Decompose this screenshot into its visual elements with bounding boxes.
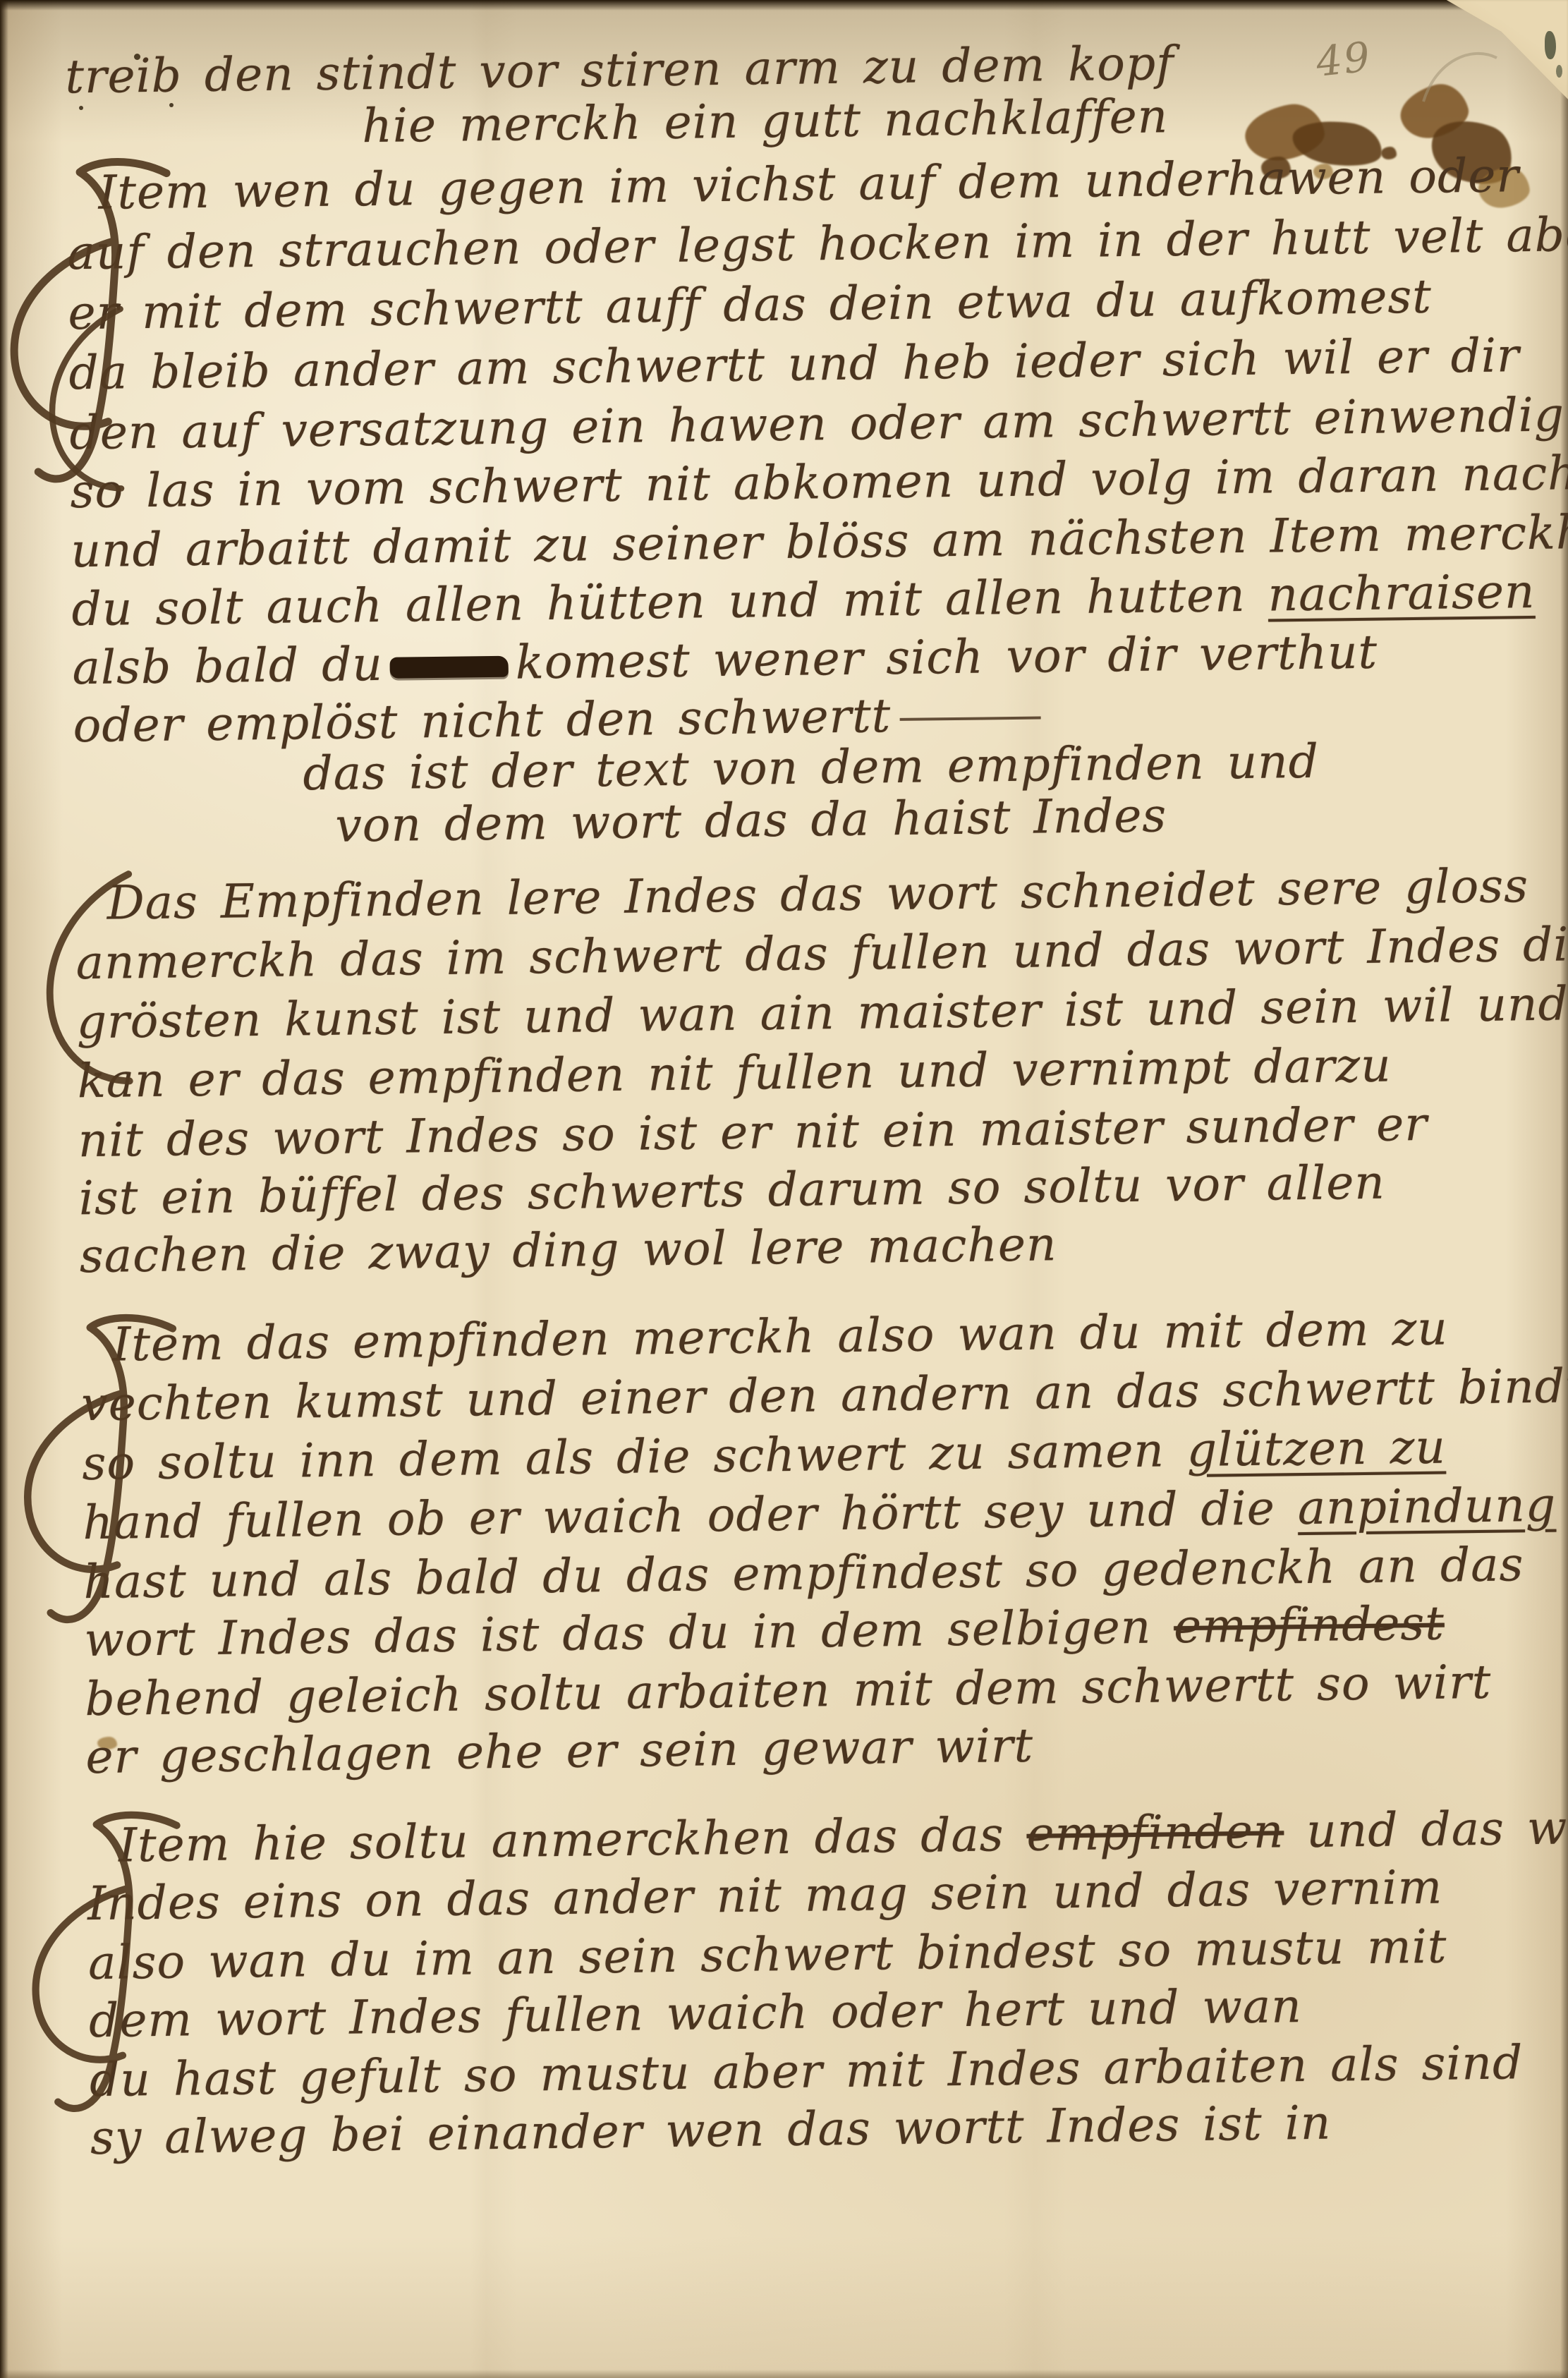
text-segment: das ist der text von dem empfinden und [303,734,1319,801]
text-segment: empfinden [1026,1804,1284,1861]
text-segment: wort Indes das ist das du in dem selbige… [84,1599,1174,1667]
text-segment: komest wener sich vor dir verthut [515,625,1378,690]
manuscript-line: sachen die zway ding wol lere machen [79,1217,1057,1284]
text-segment: Item wen du gegen im vichst auf dem unde… [98,148,1519,220]
text-segment: du solt auch allen hütten und mit allen … [71,568,1268,637]
manuscript-line: alsb bald dukomest wener sich vor dir ve… [72,625,1378,696]
manuscript-line: er geschlagen ehe er sein gewar wirt [85,1718,1033,1785]
manuscript-line: Item das empfinden merckh also wan du mi… [112,1302,1448,1373]
text-segment: so soltu inn dem als die schwert zu same… [82,1423,1187,1491]
text-segment: anpindung [1297,1478,1556,1535]
manuscript-line: hie merckh ein gutt nachklaffen [362,89,1169,154]
manuscript-line: kan er das empfinden nit fullen und vern… [77,1038,1392,1109]
text-segment: Item das empfinden merckh also wan du mi… [112,1302,1448,1372]
initial-flourish-swash-c [29,866,138,1089]
manuscript-page: 49 treib den stindt vor stiren arm zu de… [0,0,1568,2378]
text-segment: behend geleich soltu arbaiten mit dem sc… [85,1655,1492,1726]
text-segment: Item hie soltu anmerckhen das das [118,1807,1027,1873]
pen-stroke [899,716,1040,720]
text-segment: er mit dem schwertt auff das dein etwa d… [68,269,1432,341]
text-segment: dem wort Indes fullen waich oder hert un… [89,1979,1303,2048]
text-segment: und das wort [1284,1800,1568,1858]
text-segment: hie merckh ein gutt nachklaffen [362,89,1169,153]
initial-flourish-swash-j [20,1809,193,2164]
text-segment: hand fullen ob er waich oder hörtt sey u… [83,1481,1298,1550]
text-segment: glützen zu [1186,1420,1446,1477]
manuscript-line: dem wort Indes fullen waich oder hert un… [89,1979,1303,2049]
manuscript-line: sy alweg bei einander wen das wortt Inde… [90,2096,1332,2166]
text-segment: alsb bald du [72,637,383,695]
ink-blot-strikeout [390,656,509,679]
manuscript-line: so soltu inn dem als die schwert zu same… [82,1420,1446,1492]
text-segment: empfindest [1174,1596,1445,1654]
manuscript-line: von dem wort das da haist Indes [335,788,1167,853]
text-segment: von dem wort das da haist Indes [335,788,1167,852]
manuscript-line: das ist der text von dem empfinden und [303,734,1319,802]
text-segment: sachen die zway ding wol lere machen [79,1217,1057,1283]
manuscript-line: da bleib ander am schwertt und heb ieder… [68,328,1520,401]
text-segment: er geschlagen ehe er sein gewar wirt [85,1718,1033,1784]
manuscript-line: behend geleich soltu arbaiten mit dem sc… [85,1655,1492,1727]
text-segment: nachraisen [1268,564,1536,622]
text-segment: kan er das empfinden nit fullen und vern… [77,1038,1392,1108]
manuscript-line: Item wen du gegen im vichst auf dem unde… [98,148,1519,221]
text-segment: da bleib ander am schwertt und heb ieder… [68,328,1520,400]
text-segment: sy alweg bei einander wen das wortt Inde… [90,2096,1332,2165]
initial-flourish-swash-c [35,296,128,502]
manuscript-text: treib den stindt vor stiren arm zu dem k… [0,0,1568,2378]
manuscript-line: er mit dem schwertt auff das dein etwa d… [68,269,1432,341]
text-segment: Das Empfinden lere Indes das wort schnei… [107,859,1529,930]
initial-flourish-swash-j [15,1309,187,1678]
